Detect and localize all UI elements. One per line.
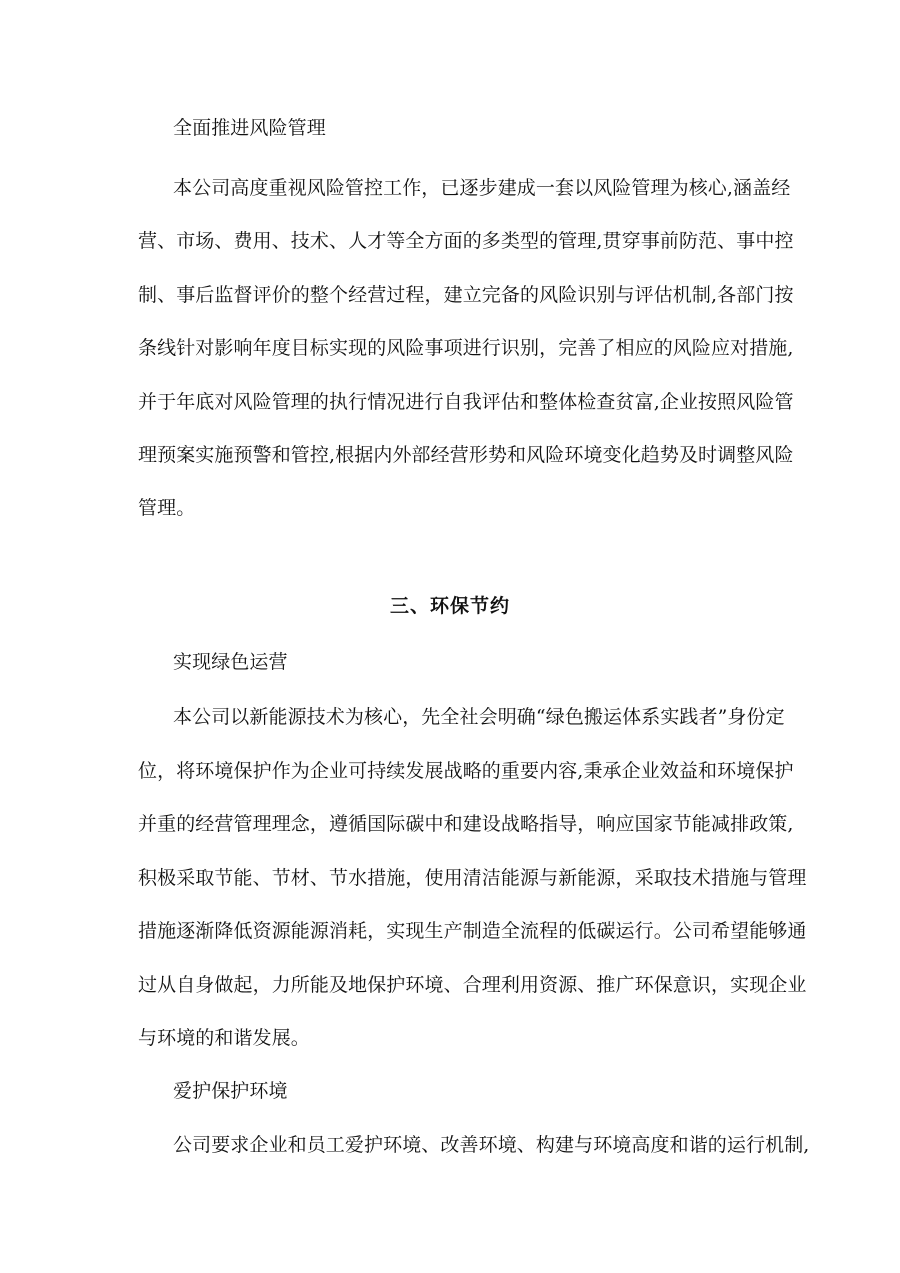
paragraph-line: 位，将环境保护作为企业可持续发展战略的重要内容,秉承企业效益和环境保护 — [138, 759, 788, 783]
paragraph-line: 管理。 — [138, 496, 788, 520]
paragraph-line: 并重的经营管理理念，遵循国际碳中和建设战略指导，响应国家节能减排政策, — [138, 812, 788, 836]
paragraph-line: 本公司高度重视风险管控工作，已逐步建成一套以风险管理为核心,涵盖经 — [173, 176, 788, 200]
subheading-protect-environment: 爱护保护环境 — [173, 1079, 788, 1103]
paragraph-line: 与环境的和谐发展。 — [138, 1026, 788, 1050]
subheading-green-operations: 实现绿色运营 — [173, 650, 788, 674]
paragraph-line: 制、事后监督评价的整个经营过程，建立完备的风险识别与评估机制,各部门按 — [138, 283, 788, 307]
paragraph-line: 措施逐渐降低资源能源消耗，实现生产制造全流程的低碳运行。公司希望能够通 — [138, 919, 788, 943]
paragraph-line: 营、市场、费用、技术、人才等全方面的多类型的管理,贯穿事前防范、事中控 — [138, 229, 788, 253]
paragraph-line: 本公司以新能源技术为核心，先全社会明确“绿色搬运体系实践者”身份定 — [173, 705, 788, 729]
paragraph-line: 理预案实施预警和管控,根据内外部经营形势和风险环境变化趋势及时调整风险 — [138, 443, 788, 467]
paragraph-line: 积极采取节能、节材、节水措施，使用清洁能源与新能源，采取技术措施与管理 — [138, 866, 788, 890]
paragraph-line: 过从自身做起，力所能及地保护环境、合理利用资源、推广环保意识，实现企业 — [138, 973, 788, 997]
subheading-risk-management: 全面推进风险管理 — [173, 116, 788, 140]
paragraph-line: 并于年底对风险管理的执行情况进行自我评估和整体检查贫富,企业按照风险管 — [138, 390, 788, 414]
paragraph-line: 公司要求企业和员工爱护环境、改善环境、构建与环境高度和谐的运行机制, — [173, 1133, 788, 1157]
paragraph-line: 条线针对影响年度目标实现的风险事项进行识别，完善了相应的风险应对措施, — [138, 336, 788, 360]
section-heading: 三、环保节约 — [0, 594, 900, 618]
